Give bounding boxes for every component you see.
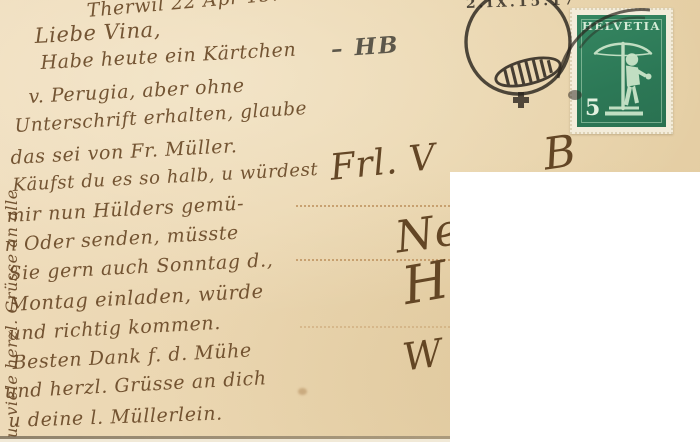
foxing-spot: [298, 388, 307, 395]
stamp-design: HELVETIA 5: [577, 15, 666, 127]
postage-stamp: HELVETIA 5: [570, 8, 673, 134]
address-line-4: W: [400, 330, 445, 379]
address-dotted-line: [296, 205, 450, 207]
margin-note: u. viele herzl. Grüsse an alle: [2, 189, 21, 438]
address-fragment-clip: B: [528, 128, 660, 172]
pencil-annotation: – HB: [330, 31, 400, 63]
address-dotted-line: [300, 326, 450, 328]
tell-boy-crossbow-icon: [589, 35, 659, 123]
foxing-spot: [118, 299, 124, 304]
postcard-photo: Therwil 22 Apr 15. Liebe Vina, Habe heut…: [0, 0, 700, 442]
redaction-box: [450, 172, 700, 442]
address-fragment: B: [540, 128, 580, 172]
stamp-country-label: HELVETIA: [577, 19, 666, 33]
